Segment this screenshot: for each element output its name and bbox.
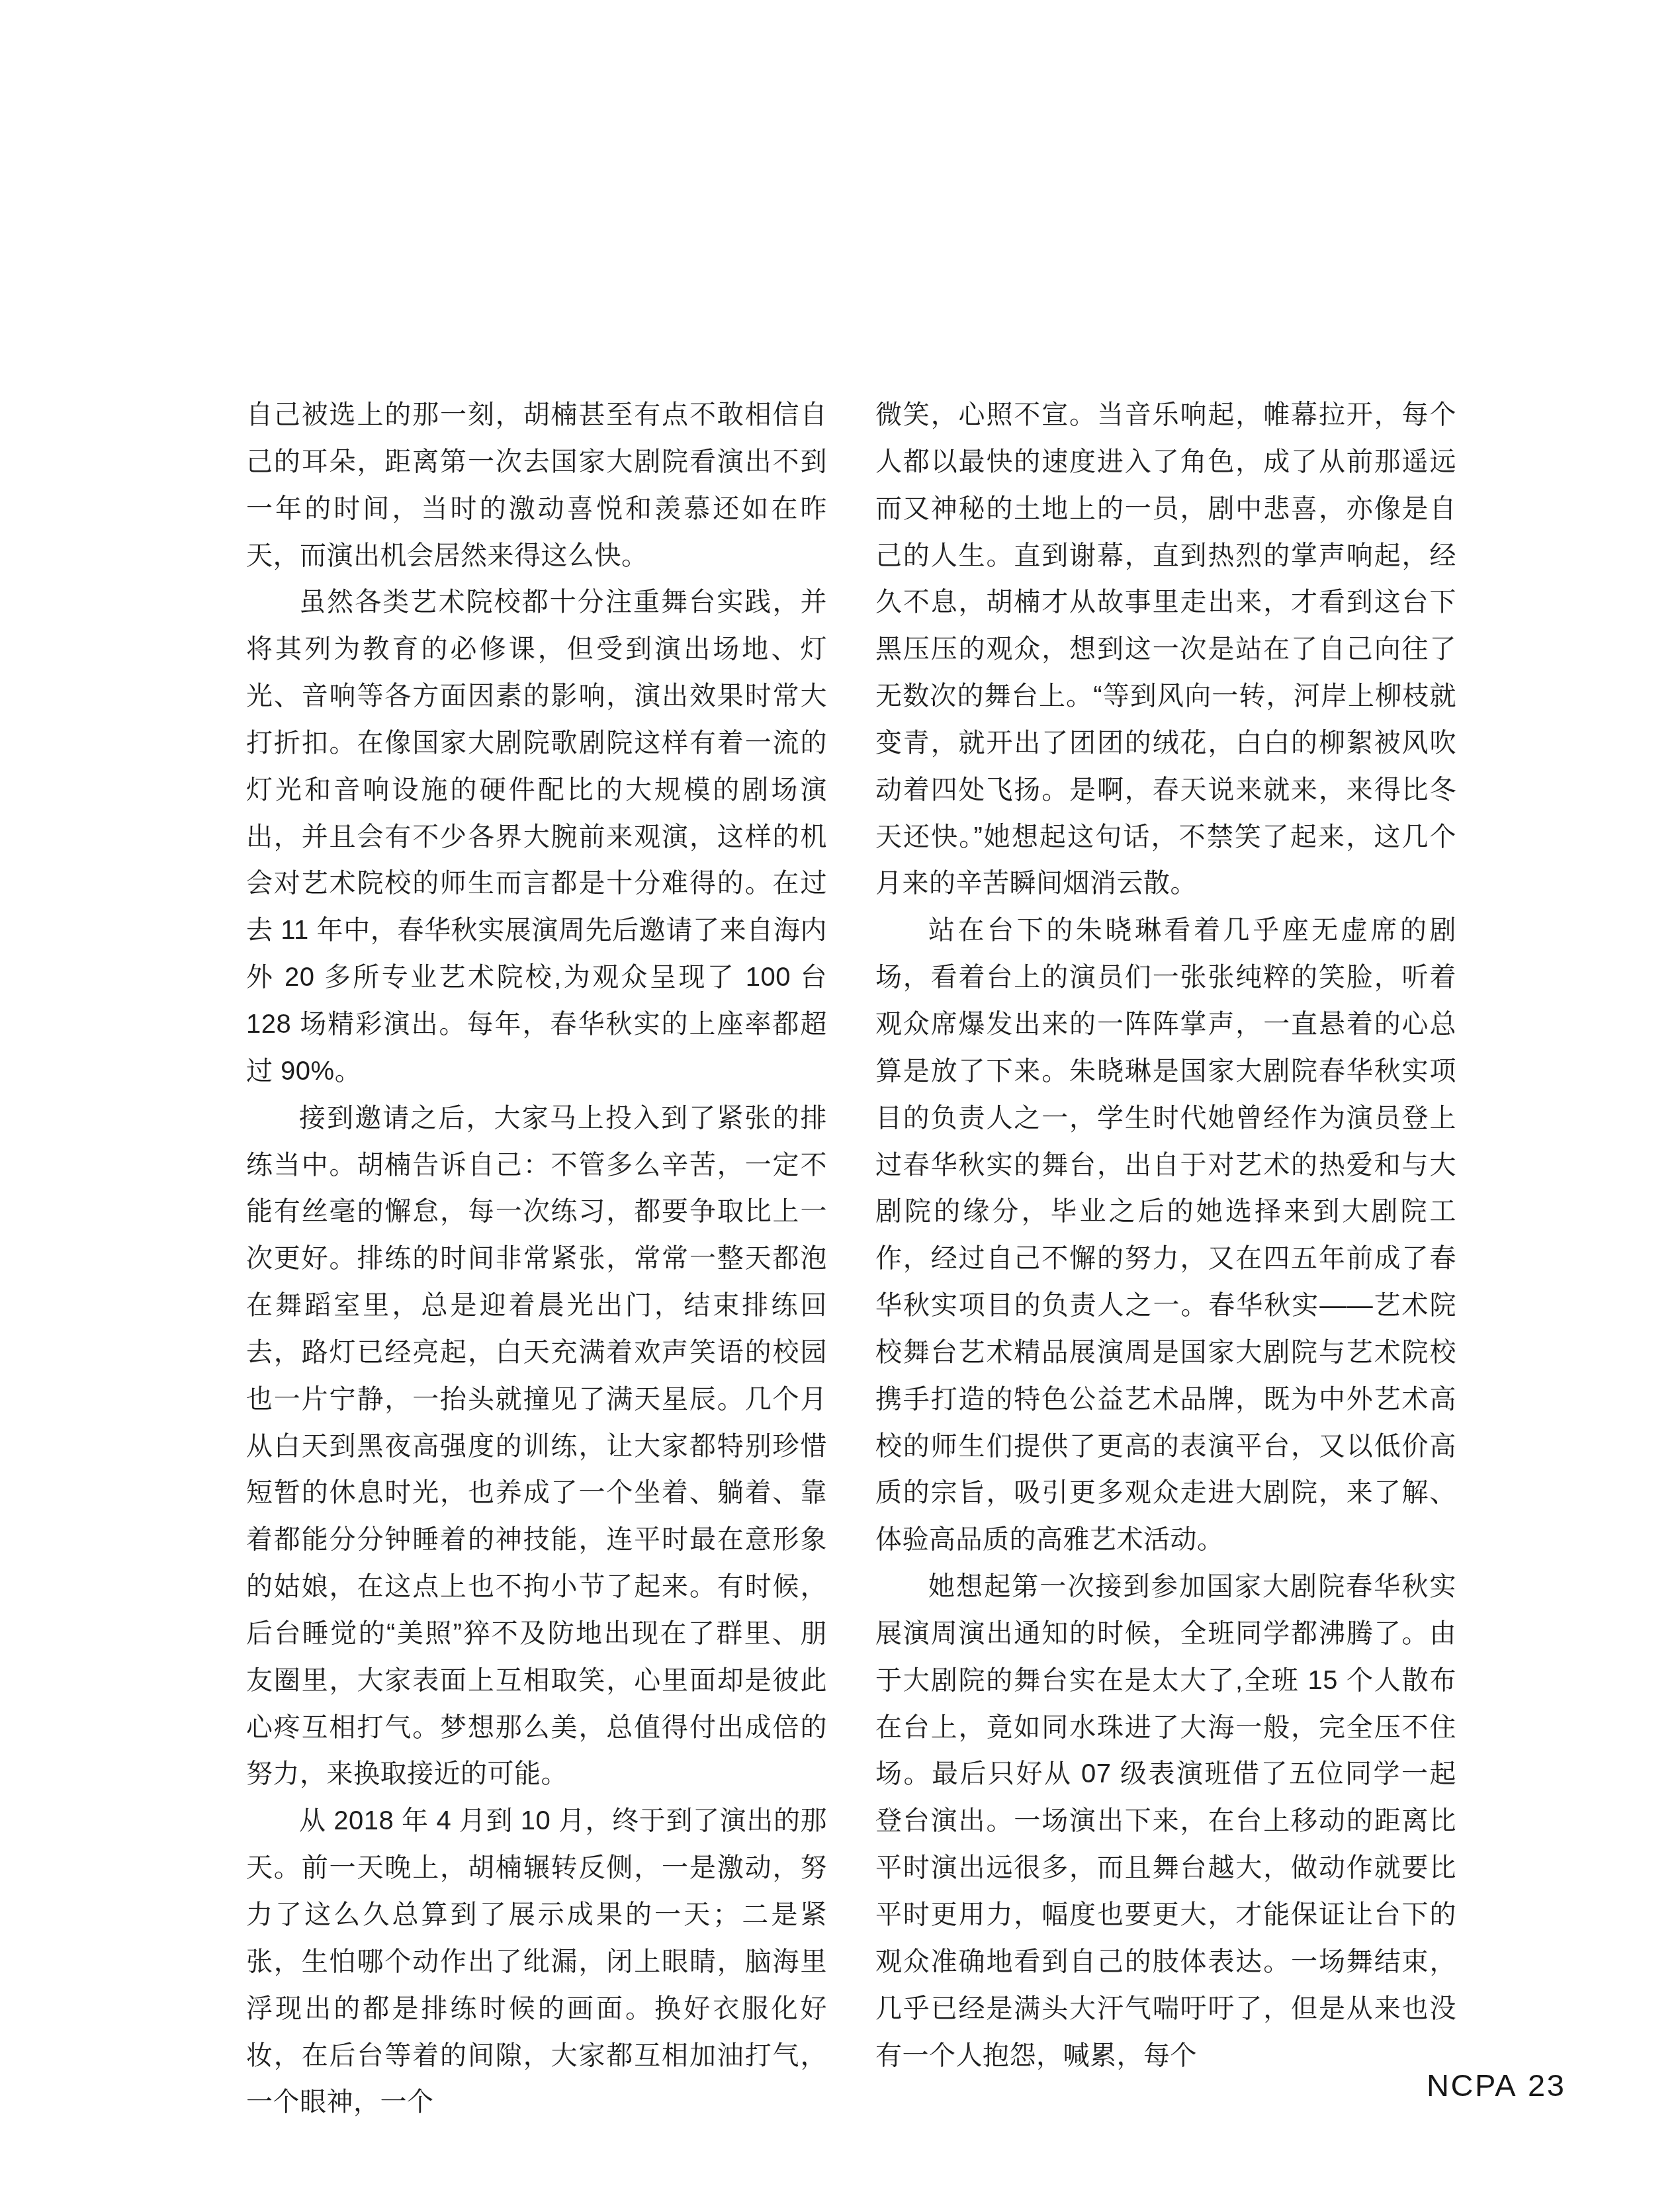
paragraph: 虽然各类艺术院校都十分注重舞台实践，并将其列为教育的必修课，但受到演出场地、灯光… (246, 579, 827, 1094)
magazine-page: 自己被选上的那一刻，胡楠甚至有点不敢相信自己的耳朵，距离第一次去国家大剧院看演出… (0, 0, 1680, 2188)
footer-page-number: 23 (1528, 2068, 1566, 2103)
footer-brand: NCPA (1427, 2068, 1517, 2103)
paragraph: 她想起第一次接到参加国家大剧院春华秋实展演周演出通知的时候，全班同学都沸腾了。由… (875, 1563, 1456, 2079)
right-text-column: 微笑，心照不宣。当音乐响起，帷幕拉开，每个人都以最快的速度进入了角色，成了从前那… (875, 392, 1456, 2079)
left-text-column: 自己被选上的那一刻，胡楠甚至有点不敢相信自己的耳朵，距离第一次去国家大剧院看演出… (246, 392, 827, 2126)
paragraph: 接到邀请之后，大家马上投入到了紧张的排练当中。胡楠告诉自己：不管多么辛苦，一定不… (246, 1095, 827, 1798)
paragraph: 自己被选上的那一刻，胡楠甚至有点不敢相信自己的耳朵，距离第一次去国家大剧院看演出… (246, 392, 827, 579)
paragraph: 微笑，心照不宣。当音乐响起，帷幕拉开，每个人都以最快的速度进入了角色，成了从前那… (875, 392, 1456, 907)
paragraph: 站在台下的朱晓琳看着几乎座无虚席的剧场，看着台上的演员们一张张纯粹的笑脸，听着观… (875, 907, 1456, 1563)
paragraph: 从 2018 年 4 月到 10 月，终于到了演出的那天。前一天晚上，胡楠辗转反… (246, 1798, 827, 2126)
page-footer: NCPA23 (1427, 2067, 1566, 2104)
